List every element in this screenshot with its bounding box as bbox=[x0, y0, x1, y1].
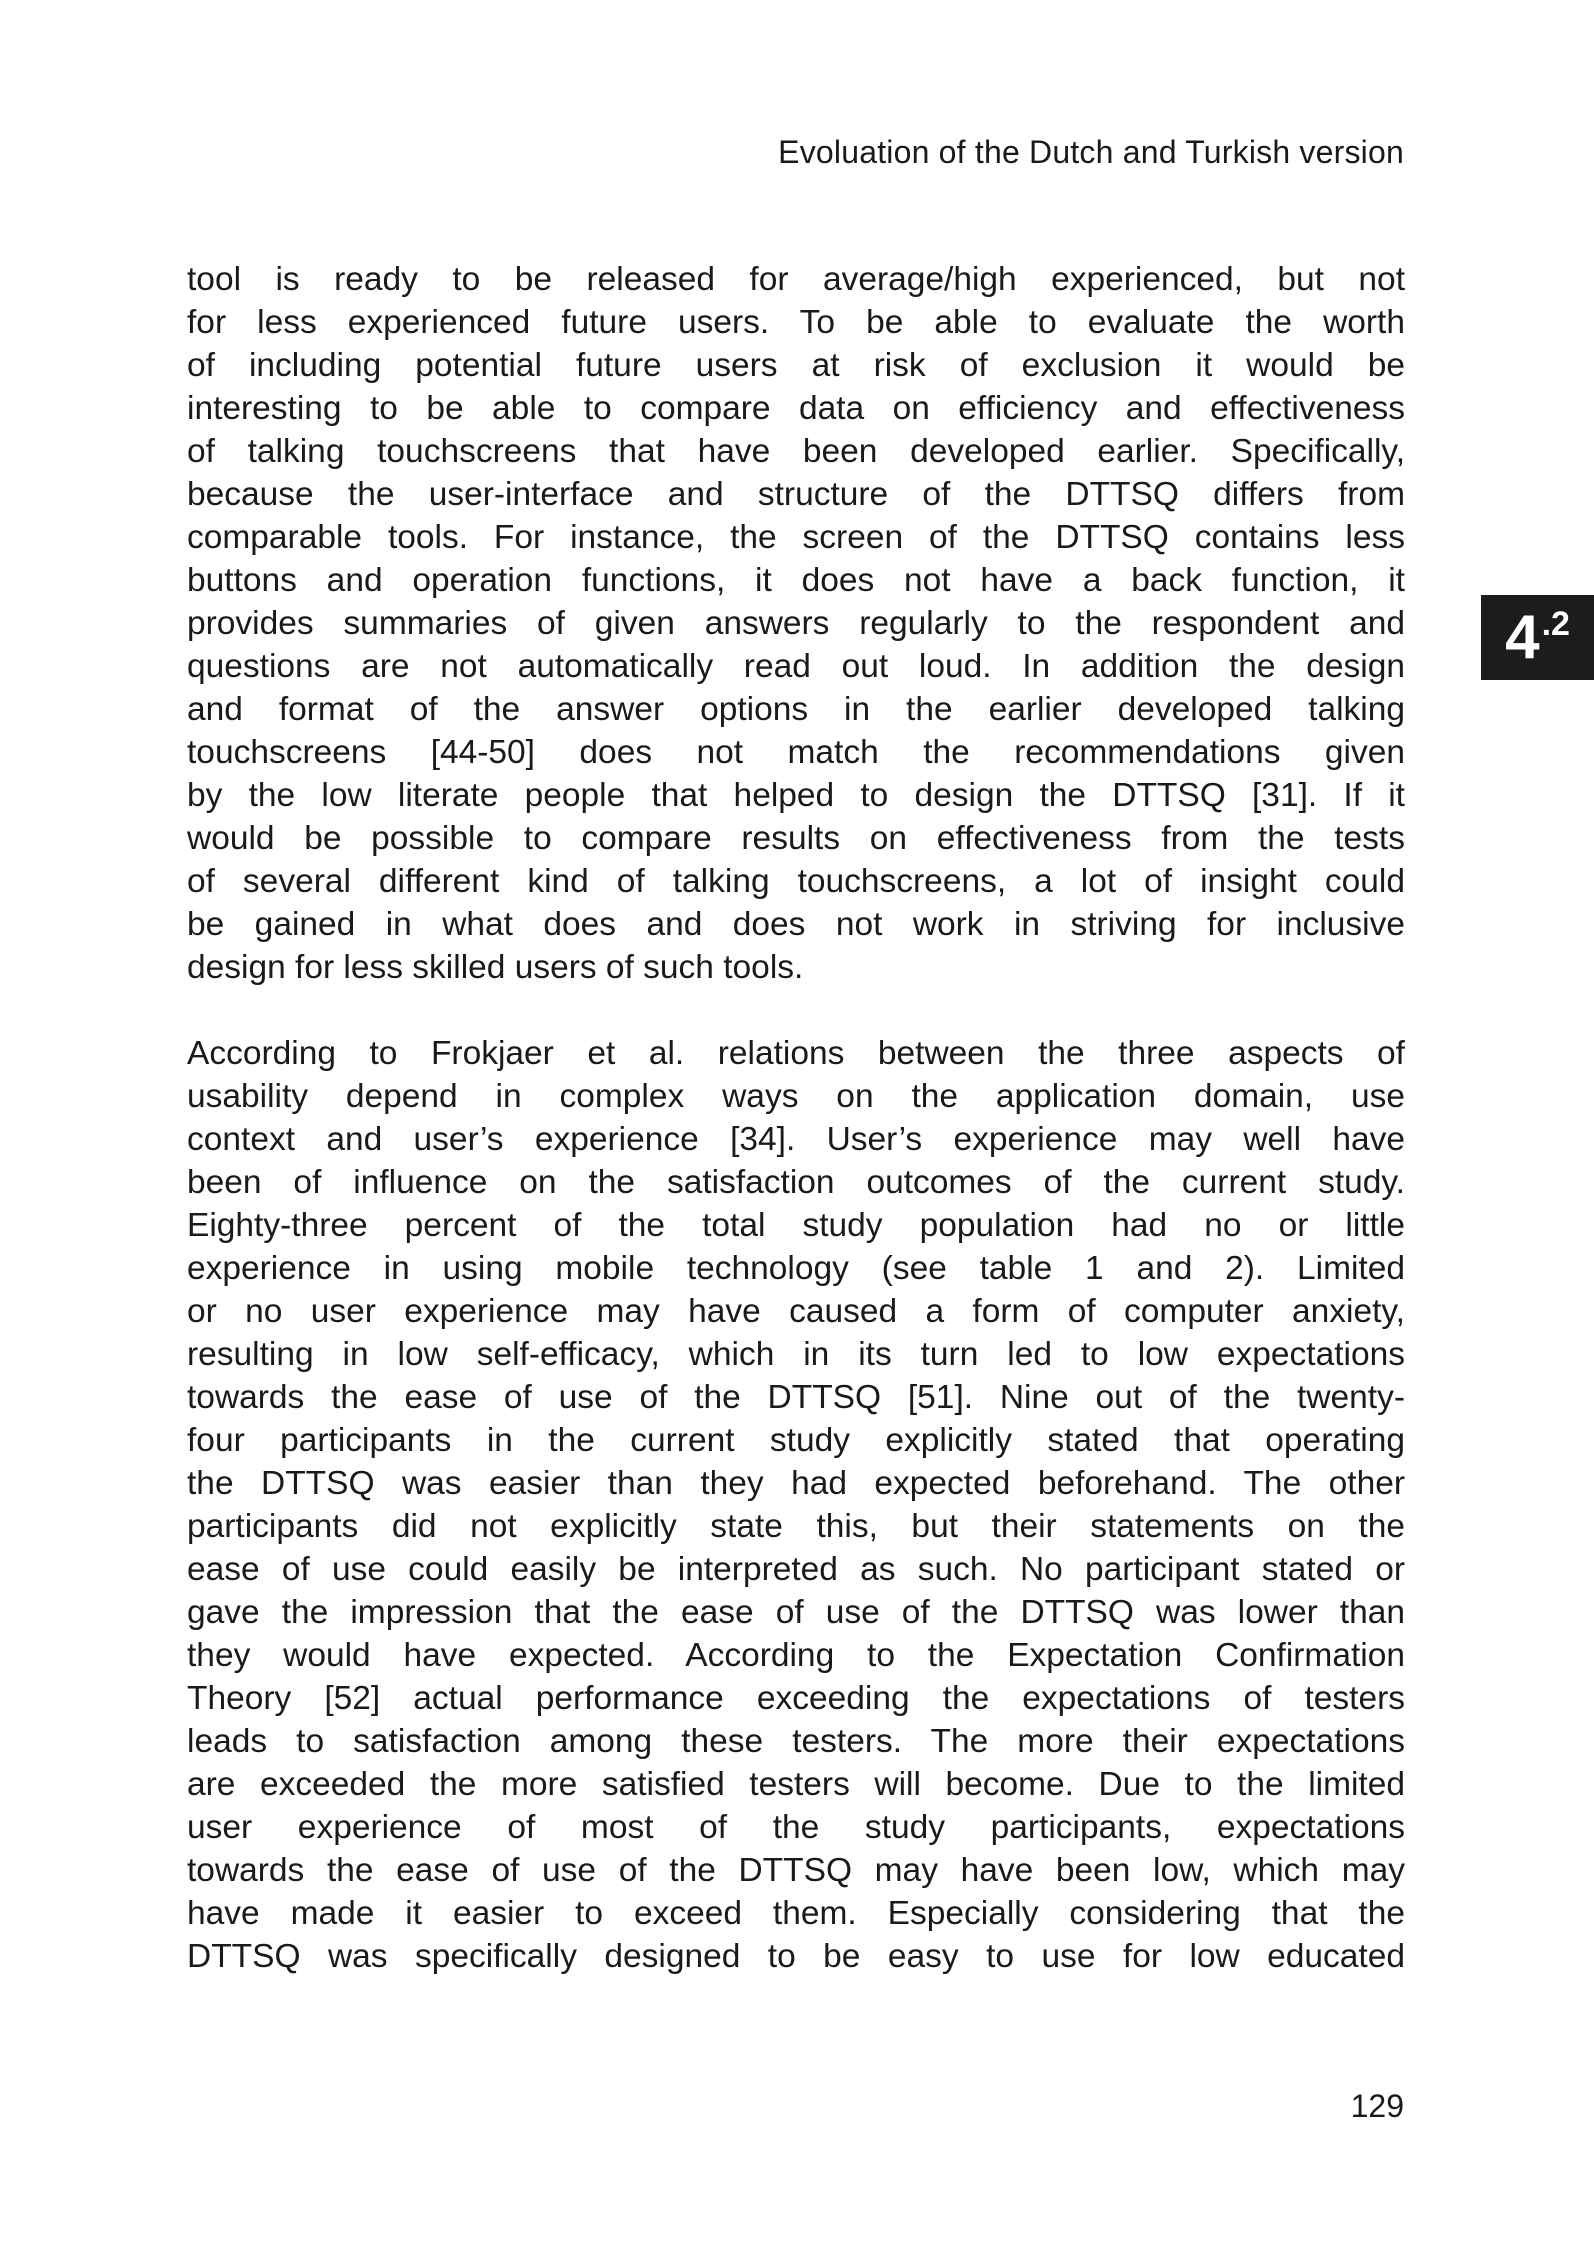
text-line: user experience of most of the study par… bbox=[187, 1806, 1405, 1849]
text-line: because the user-interface and structure… bbox=[187, 473, 1405, 516]
text-line: of talking touchscreens that have been d… bbox=[187, 430, 1405, 473]
text-line: or no user experience may have caused a … bbox=[187, 1290, 1405, 1333]
running-header: Evoluation of the Dutch and Turkish vers… bbox=[778, 134, 1404, 171]
body-text: tool is ready to be released for average… bbox=[187, 258, 1405, 1978]
text-line: DTTSQ was specifically designed to be ea… bbox=[187, 1935, 1405, 1978]
text-line: they would have expected. According to t… bbox=[187, 1634, 1405, 1677]
text-line: design for less skilled users of such to… bbox=[187, 946, 1405, 989]
paragraph-2: According to Frokjaer et al. relations b… bbox=[187, 1032, 1405, 1978]
text-line: the DTTSQ was easier than they had expec… bbox=[187, 1462, 1405, 1505]
text-line: Eighty-three percent of the total study … bbox=[187, 1204, 1405, 1247]
text-line: questions are not automatically read out… bbox=[187, 645, 1405, 688]
text-line: provides summaries of given answers regu… bbox=[187, 602, 1405, 645]
text-line: participants did not explicitly state th… bbox=[187, 1505, 1405, 1548]
section-number: .2 bbox=[1542, 607, 1570, 641]
text-line: comparable tools. For instance, the scre… bbox=[187, 516, 1405, 559]
text-line: experience in using mobile technology (s… bbox=[187, 1247, 1405, 1290]
text-line: are exceeded the more satisfied testers … bbox=[187, 1763, 1405, 1806]
text-line: Theory [52] actual performance exceeding… bbox=[187, 1677, 1405, 1720]
paragraph-gap bbox=[187, 989, 1405, 1032]
text-line: buttons and operation functions, it does… bbox=[187, 559, 1405, 602]
text-line: usability depend in complex ways on the … bbox=[187, 1075, 1405, 1118]
text-line: of including potential future users at r… bbox=[187, 344, 1405, 387]
text-line: by the low literate people that helped t… bbox=[187, 774, 1405, 817]
text-line: gave the impression that the ease of use… bbox=[187, 1591, 1405, 1634]
text-line: context and user’s experience [34]. User… bbox=[187, 1118, 1405, 1161]
text-line: resulting in low self-efficacy, which in… bbox=[187, 1333, 1405, 1376]
text-line: towards the ease of use of the DTTSQ may… bbox=[187, 1849, 1405, 1892]
text-line: towards the ease of use of the DTTSQ [51… bbox=[187, 1376, 1405, 1419]
text-line: ease of use could easily be interpreted … bbox=[187, 1548, 1405, 1591]
text-line: of several different kind of talking tou… bbox=[187, 860, 1405, 903]
text-line: leads to satisfaction among these tester… bbox=[187, 1720, 1405, 1763]
chapter-number: 4 bbox=[1505, 607, 1539, 669]
text-line: four participants in the current study e… bbox=[187, 1419, 1405, 1462]
text-line: tool is ready to be released for average… bbox=[187, 258, 1405, 301]
text-line: for less experienced future users. To be… bbox=[187, 301, 1405, 344]
text-line: According to Frokjaer et al. relations b… bbox=[187, 1032, 1405, 1075]
text-line: been of influence on the satisfaction ou… bbox=[187, 1161, 1405, 1204]
page-number: 129 bbox=[1351, 2088, 1404, 2125]
text-line: interesting to be able to compare data o… bbox=[187, 387, 1405, 430]
chapter-tab: 4.2 bbox=[1481, 595, 1594, 680]
text-line: and format of the answer options in the … bbox=[187, 688, 1405, 731]
text-line: would be possible to compare results on … bbox=[187, 817, 1405, 860]
paragraph-1: tool is ready to be released for average… bbox=[187, 258, 1405, 989]
text-line: be gained in what does and does not work… bbox=[187, 903, 1405, 946]
text-line: touchscreens [44-50] does not match the … bbox=[187, 731, 1405, 774]
text-line: have made it easier to exceed them. Espe… bbox=[187, 1892, 1405, 1935]
